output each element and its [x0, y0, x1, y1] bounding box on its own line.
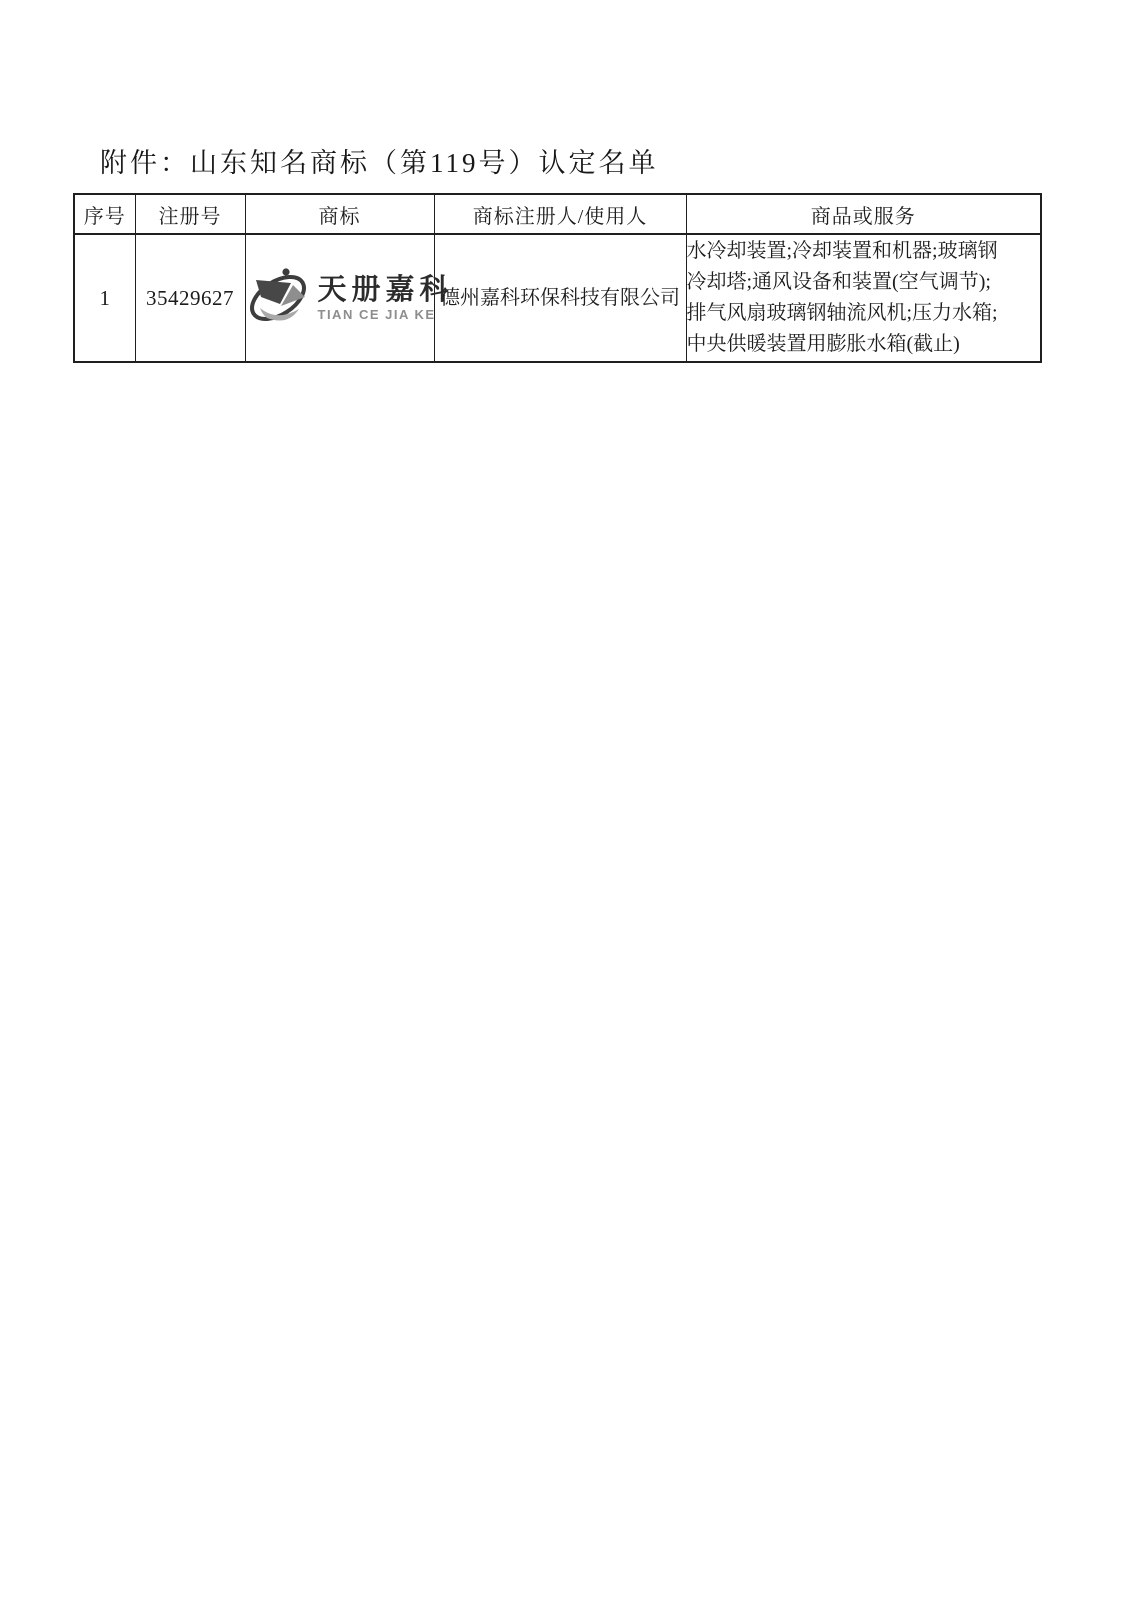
table-header-row: 序号 注册号 商标 商标注册人/使用人 商品或服务 [74, 194, 1041, 234]
header-index: 序号 [74, 194, 135, 234]
trademark-table: 序号 注册号 商标 商标注册人/使用人 商品或服务 1 35429627 [73, 193, 1042, 363]
trademark-logo-text: 天册嘉科 TIAN CE JIA KE [318, 276, 454, 321]
header-trademark: 商标 [245, 194, 434, 234]
trademark-logo: 天册嘉科 TIAN CE JIA KE [246, 262, 454, 335]
trademark-cell: 天册嘉科 TIAN CE JIA KE [245, 234, 434, 362]
header-registration-number: 注册号 [135, 194, 245, 234]
registration-number: 35429627 [135, 234, 245, 362]
header-registrant: 商标注册人/使用人 [434, 194, 686, 234]
row-index: 1 [74, 234, 135, 362]
trademark-name-cn: 天册嘉科 [318, 276, 454, 305]
trademark-name-en: TIAN CE JIA KE [318, 308, 436, 321]
table-row: 1 35429627 [74, 234, 1041, 362]
header-goods-or-services: 商品或服务 [686, 194, 1041, 234]
page-title: 附件：山东知名商标（第119号）认定名单 [100, 141, 659, 180]
goods-or-services: 水冷却装置;冷却装置和机器;玻璃钢 冷却塔;通风设备和装置(空气调节); 排气风… [686, 234, 1041, 362]
registrant-name: 德州嘉科环保科技有限公司 [434, 234, 686, 362]
trademark-logo-icon [246, 262, 312, 335]
document-page: 附件：山东知名商标（第119号）认定名单 序号 注册号 商标 商标注册人/使用人… [0, 0, 1131, 1600]
